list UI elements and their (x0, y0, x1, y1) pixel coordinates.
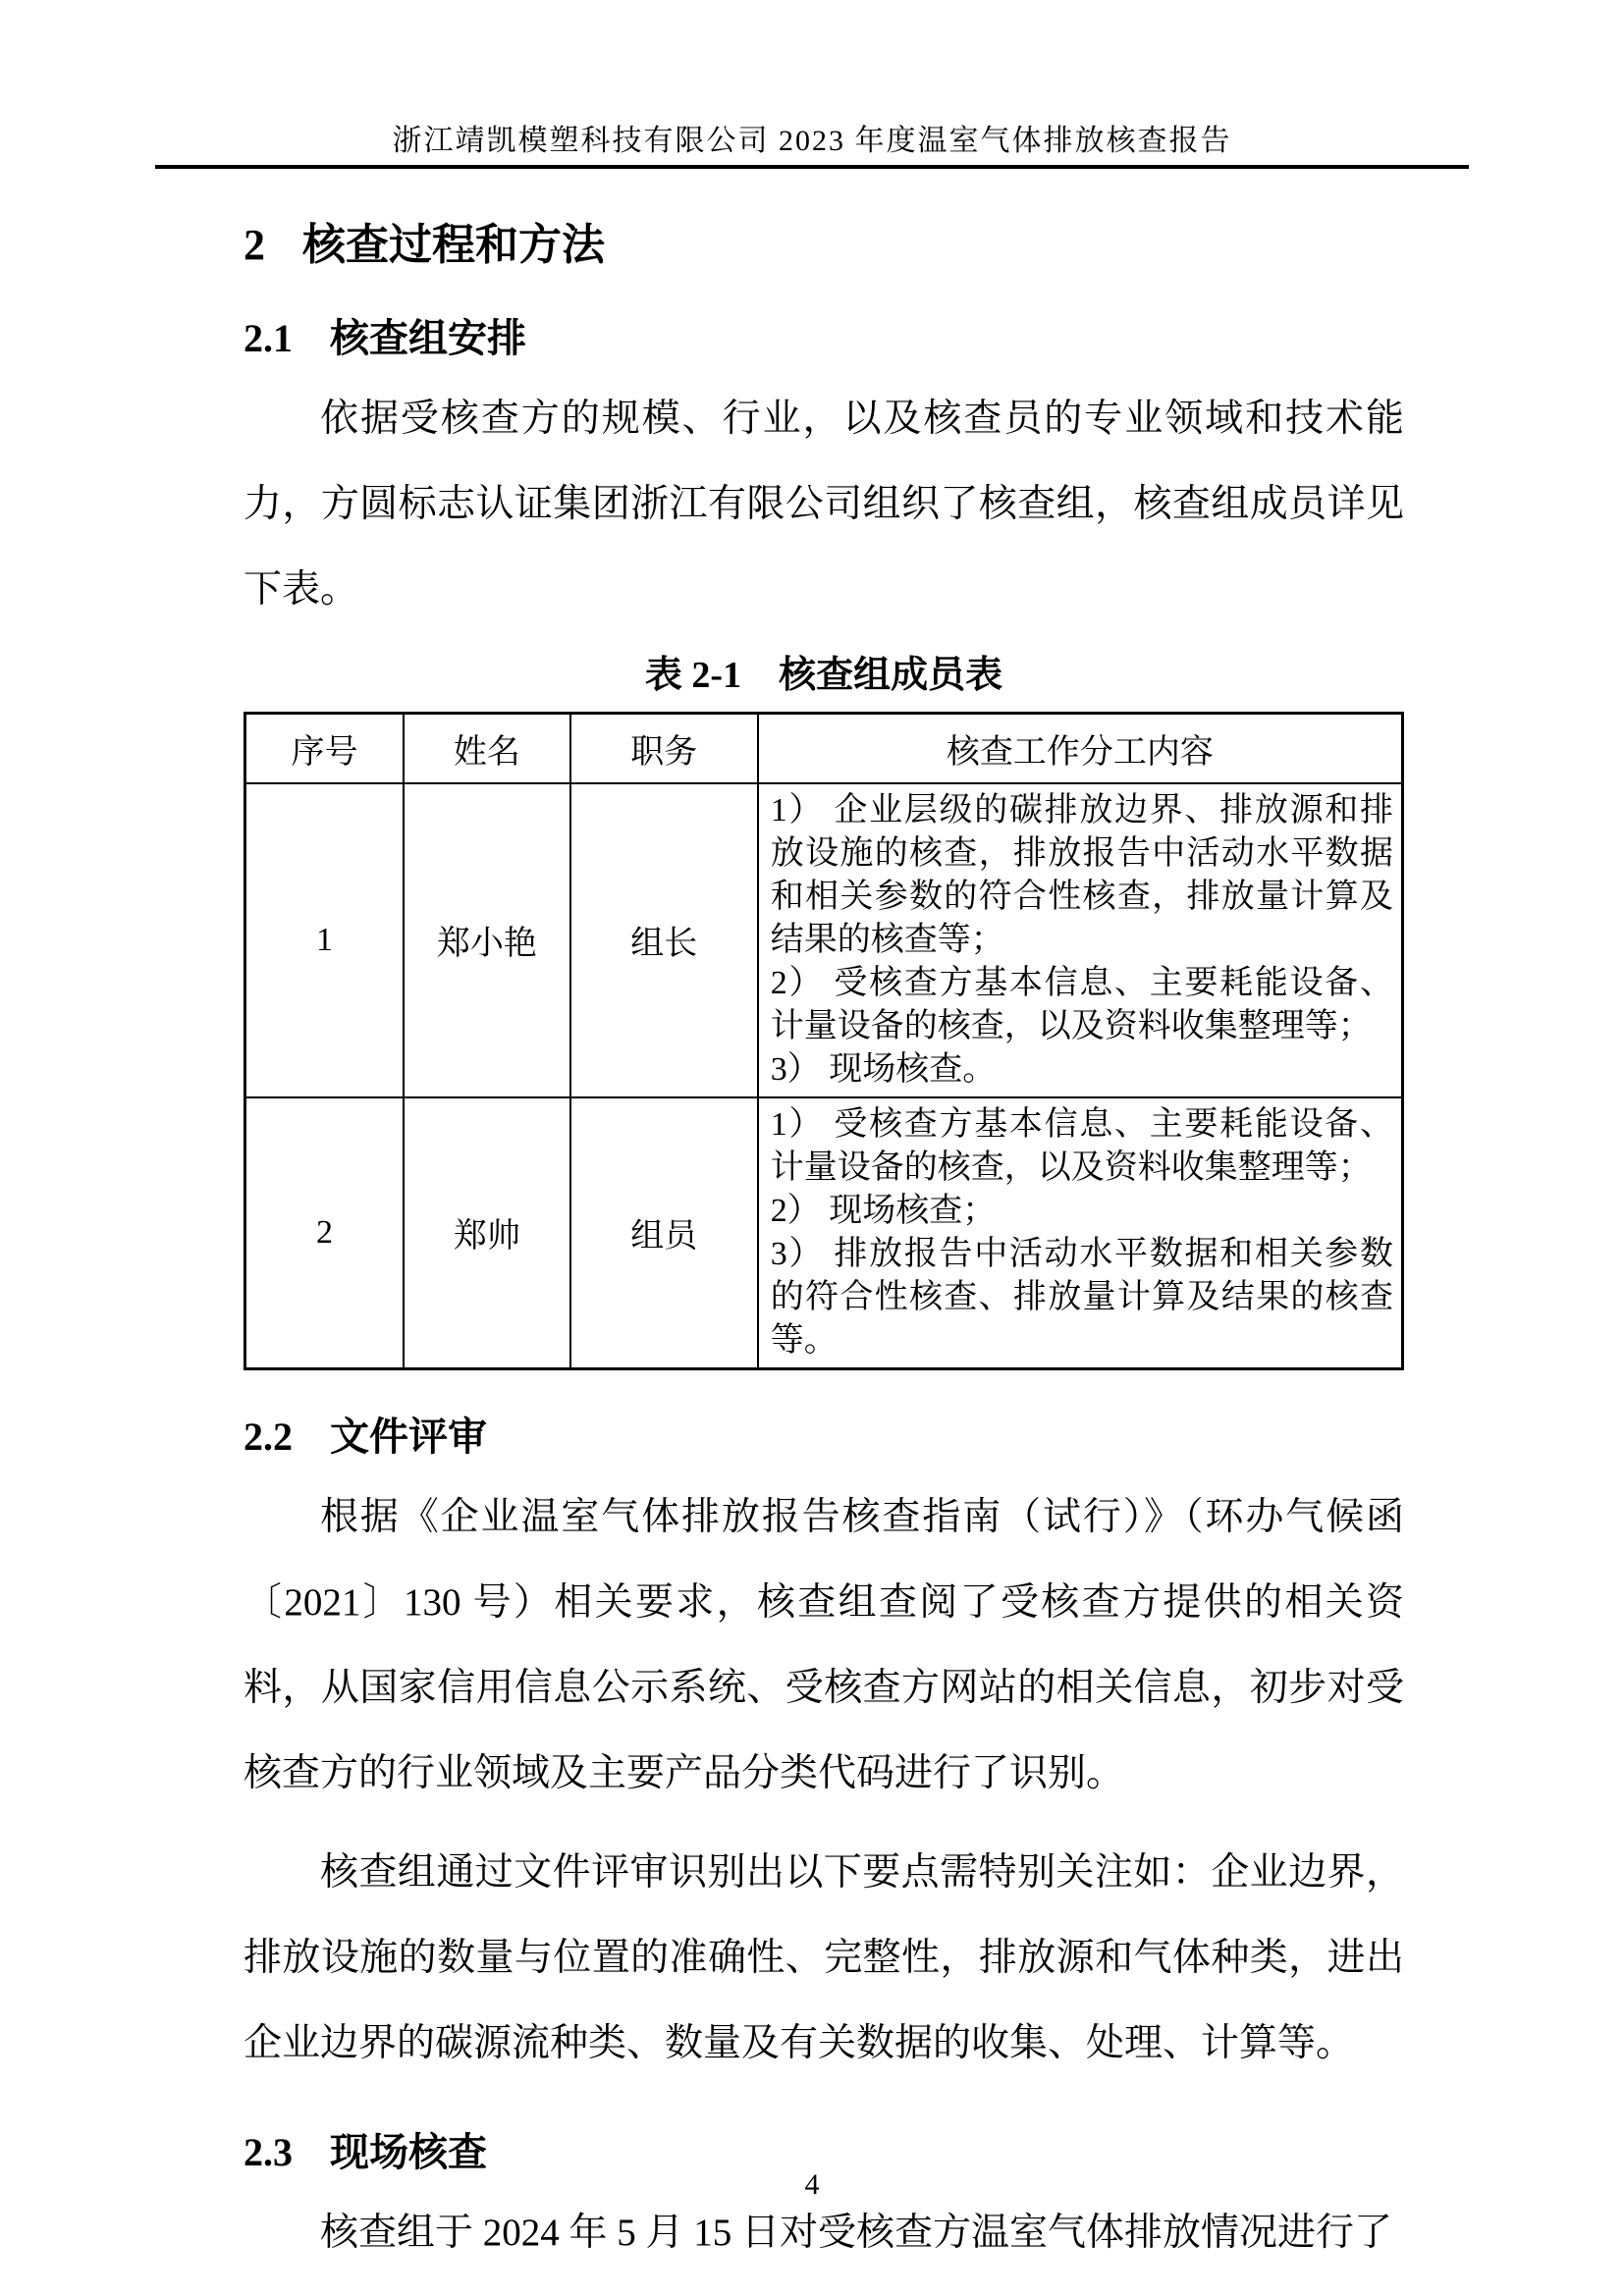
column-header-duty: 核查工作分工内容 (758, 713, 1403, 783)
paragraph-document-review-1: 根据《企业温室气体排放报告核查指南（试行）》（环办气候函〔2021〕130 号）… (244, 1474, 1404, 1816)
page-number: 4 (0, 2168, 1624, 2202)
row1-duties: 1） 企业层级的碳排放边界、排放源和排放设施的核查，排放报告中活动水平数据和相关… (758, 783, 1403, 1097)
row2-role: 组员 (570, 1097, 758, 1369)
row1-duty-3: 3） 现场核查。 (771, 1048, 1393, 1092)
verification-team-table: 序号 姓名 职务 核查工作分工内容 1 郑小艳 组长 1） 企业层级的碳排放边界… (244, 712, 1404, 1370)
page-header: 浙江靖凯模塑科技有限公司 2023 年度温室气体排放核查报告 (155, 0, 1469, 169)
column-header-role: 职务 (570, 713, 758, 783)
table-caption: 表 2-1 核查组成员表 (244, 644, 1404, 698)
section-2-2-number: 2.2 (244, 1414, 293, 1461)
section-2-heading: 2核查过程和方法 (244, 220, 1404, 272)
running-head-title: 浙江靖凯模塑科技有限公司 2023 年度温室气体排放核查报告 (155, 116, 1469, 159)
row1-name: 郑小艳 (404, 783, 570, 1097)
section-2-2-heading: 2.2文件评审 (244, 1414, 1404, 1461)
page-content: 2核查过程和方法 2.1核查组安排 依据受核查方的规模、行业，以及核查员的专业领… (244, 220, 1404, 2275)
paragraph-onsite-verification: 核查组于 2024 年 5 月 15 日对受核查方温室气体排放情况进行了 (244, 2190, 1404, 2275)
section-2-title: 核查过程和方法 (302, 221, 605, 269)
row2-name: 郑帅 (404, 1097, 570, 1369)
table-row: 1 郑小艳 组长 1） 企业层级的碳排放边界、排放源和排放设施的核查，排放报告中… (245, 783, 1403, 1097)
row2-duty-2: 2） 现场核查； (771, 1190, 1393, 1233)
row2-no: 2 (245, 1097, 405, 1369)
section-2-1-title: 核查组安排 (330, 316, 526, 360)
row2-duty-3: 3） 排放报告中活动水平数据和相关参数的符合性核查、排放量计算及结果的核查等。 (771, 1233, 1393, 1362)
row1-role: 组长 (570, 783, 758, 1097)
section-2-1-number: 2.1 (244, 315, 293, 362)
paragraph-team-arrangement: 依据受核查方的规模、行业，以及核查员的专业领域和技术能力，方圆标志认证集团浙江有… (244, 376, 1404, 632)
table-header-row: 序号 姓名 职务 核查工作分工内容 (245, 713, 1403, 783)
table-row: 2 郑帅 组员 1） 受核查方基本信息、主要耗能设备、计量设备的核查，以及资料收… (245, 1097, 1403, 1369)
row1-duty-2: 2） 受核查方基本信息、主要耗能设备、计量设备的核查，以及资料收集整理等； (771, 962, 1393, 1048)
report-page: 浙江靖凯模塑科技有限公司 2023 年度温室气体排放核查报告 2核查过程和方法 … (0, 0, 1624, 2296)
column-header-name: 姓名 (404, 713, 570, 783)
section-2-2-title: 文件评审 (330, 1415, 487, 1459)
row2-duty-1: 1） 受核查方基本信息、主要耗能设备、计量设备的核查，以及资料收集整理等； (771, 1103, 1393, 1190)
row2-duties: 1） 受核查方基本信息、主要耗能设备、计量设备的核查，以及资料收集整理等； 2）… (758, 1097, 1403, 1369)
section-2-number: 2 (244, 220, 265, 272)
section-2-1-heading: 2.1核查组安排 (244, 315, 1404, 362)
row1-no: 1 (245, 783, 405, 1097)
row1-duty-1: 1） 企业层级的碳排放边界、排放源和排放设施的核查，排放报告中活动水平数据和相关… (771, 789, 1393, 962)
paragraph-document-review-2: 核查组通过文件评审识别出以下要点需特别关注如：企业边界，排放设施的数量与位置的准… (244, 1830, 1404, 2086)
column-header-no: 序号 (245, 713, 405, 783)
